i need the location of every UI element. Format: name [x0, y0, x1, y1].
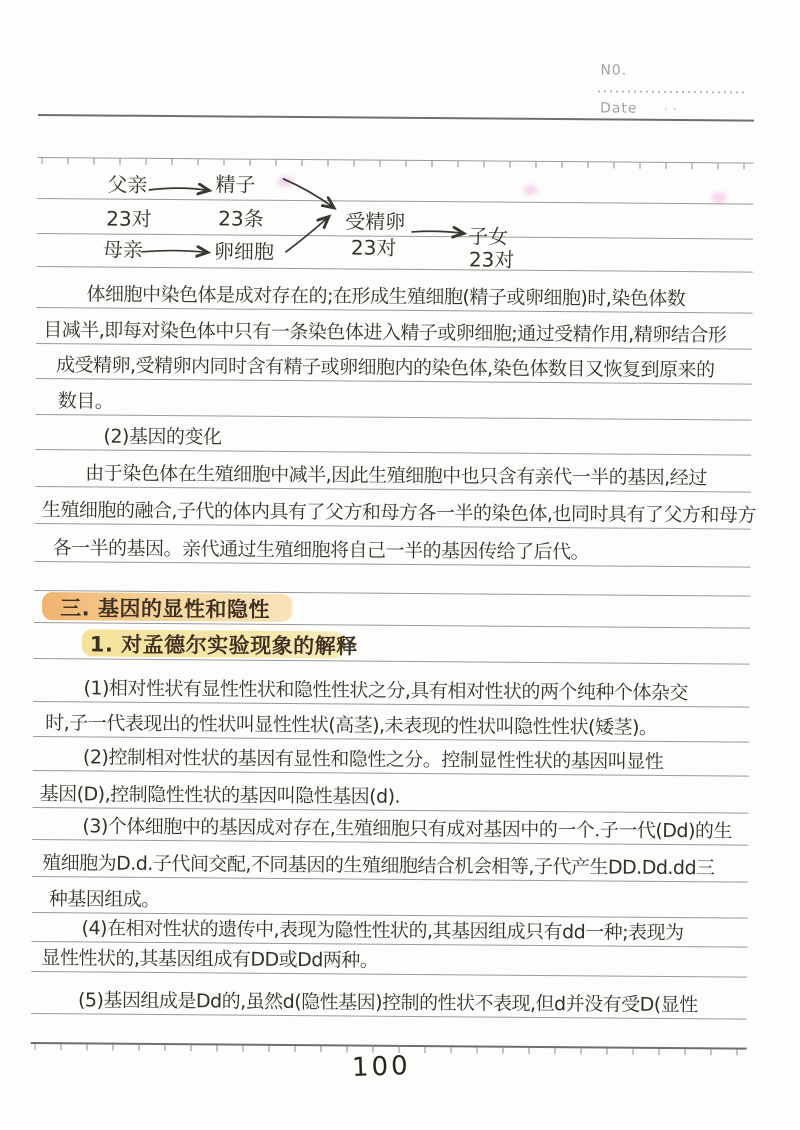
arrow-father-to-sperm — [149, 188, 208, 190]
diagram-sperm-label: 精子 — [215, 171, 255, 197]
diagram-father-count: 23对 — [106, 206, 152, 232]
page-content: N0. Date · · — [0, 0, 800, 1130]
rule-line — [31, 971, 747, 978]
subsection-heading: 1. 对孟德尔实验现象的解释 — [90, 631, 358, 659]
pink-smudge — [277, 176, 293, 187]
rule-line — [36, 414, 752, 421]
page-number: 100 — [351, 1051, 411, 1083]
rule-line — [37, 266, 753, 273]
gene-change-heading: (2)基因的变化 — [103, 424, 221, 451]
note-line: 由于染色体在生殖细胞中减半,因此生殖细胞中也只含有亲代一半的基因,经过 — [85, 460, 707, 491]
arrow-mother-to-egg — [142, 250, 207, 252]
pink-smudge — [711, 192, 726, 203]
note-line: 各一半的基因。亲代通过生殖细胞将自己一半的基因传给了后代。 — [52, 535, 589, 565]
notebook-page: N0. Date · · — [0, 0, 800, 1130]
date-dots: · · — [664, 103, 678, 116]
pink-smudge — [523, 185, 537, 195]
top-border-line — [38, 114, 754, 122]
rule-line — [34, 658, 750, 665]
no-label: N0. — [600, 62, 627, 78]
note-line: 时,子一代表现出的性状叫显性性状(高茎),未表现的性状叫隐性性状(矮茎)。 — [45, 710, 657, 741]
diagram-egg-label: 卵细胞 — [214, 238, 274, 264]
note-line: 体细胞中染色体是成对存在的;在形成生殖细胞(精子或卵细胞)时,染色体数 — [86, 281, 685, 312]
note-line: (4)在相对性状的遗传中,表现为隐性性状的,其基因组成只有dd一种;表现为 — [82, 915, 684, 946]
diagram-zygote-count: 23对 — [351, 234, 397, 260]
note-line: 目减半,即每对染色体中只有一条染色体进入精子或卵细胞;通过受精作用,精卵结合形 — [43, 317, 726, 348]
diagram-sperm-count: 23条 — [218, 205, 264, 231]
note-line: 殖细胞为D.d.子代间交配,不同基因的生殖细胞结合机会相等,子代产生DD.Dd.… — [42, 850, 715, 881]
note-line: 数目。 — [58, 388, 114, 414]
arrow-zygote-to-offspring — [412, 231, 463, 233]
rule-line — [37, 198, 753, 205]
note-line: (2)控制相对性状的基因有显性和隐性之分。控制显性性状的基因叫显性 — [83, 744, 664, 775]
date-label: Date — [600, 100, 638, 116]
note-line: 基因(D),控制隐性性状的基因叫隐性基因(d). — [40, 781, 401, 810]
rule-line — [34, 622, 750, 629]
diagram-mother-label: 母亲 — [103, 236, 143, 262]
note-line: (1)相对性状有显性性状和隐性性状之分,具有相对性状的两个纯种个体杂交 — [83, 675, 688, 706]
note-line: 成受精卵,受精卵内同时含有精子或卵细胞内的染色体,染色体数目又恢复到原来的 — [56, 352, 715, 383]
diagram-father-label: 父亲 — [107, 172, 147, 198]
diagram-offspring-count: 23对 — [469, 246, 515, 272]
no-dotted-line — [598, 90, 744, 93]
note-line: 种基因组成。 — [49, 886, 160, 913]
section-heading: 三. 基因的显性和隐性 — [60, 595, 270, 623]
note-line: (5)基因组成是Dd的,虽然d(隐性基因)控制的性状不表现,但d并没有受D(显性 — [78, 987, 698, 1018]
diagram-zygote-label: 受精卵 — [345, 208, 405, 234]
rule-line — [35, 449, 751, 456]
note-line: 显性性状的,其基因组成有DD或Dd两种。 — [41, 945, 378, 974]
note-line: (3)个体细胞中的基因成对存在,生殖细胞只有成对基因中的一个.子一代(Dd)的生 — [82, 813, 732, 844]
